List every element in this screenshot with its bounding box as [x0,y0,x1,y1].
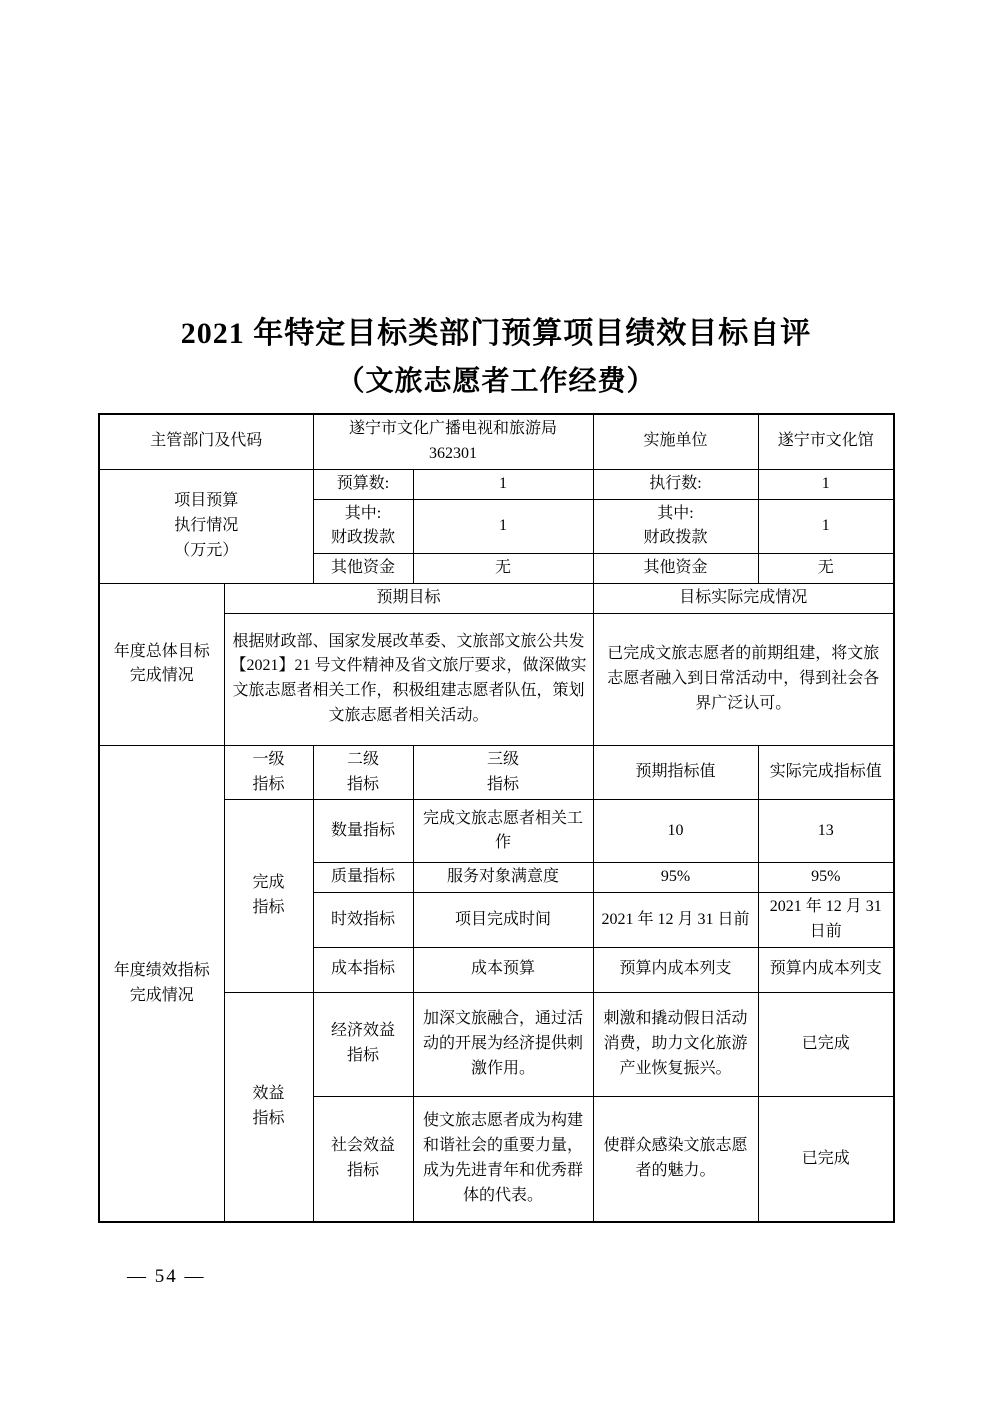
actual-value-header: 实际完成指标值 [758,745,894,800]
row-budget-amount: 项目预算 执行情况 （万元） 预算数: 1 执行数: 1 [99,469,894,499]
annual-goal-section-label: 年度总体目标 完成情况 [99,583,224,745]
timeliness-indicator-label: 时效指标 [313,893,413,948]
quality-indicator-name: 服务对象满意度 [413,863,593,893]
cost-indicator-name: 成本预算 [413,947,593,992]
economic-benefit-indicator-label: 经济效益 指标 [313,992,413,1096]
fiscal-executed-value: 1 [758,499,894,554]
impl-unit-value: 遂宁市文化馆 [758,414,894,469]
economic-benefit-actual-value: 已完成 [758,992,894,1096]
document-subtitle: （文旅志愿者工作经费） [0,362,992,402]
social-benefit-actual-value: 已完成 [758,1096,894,1222]
level3-indicator-header: 三级 指标 [413,745,593,800]
dept-code-value: 遂宁市文化广播电视和旅游局 362301 [313,414,593,469]
expected-goal-text: 根据财政部、国家发展改革委、文旅部文旅公共发【2021】21 号文件精神及省文旅… [224,613,593,745]
cost-expected-value: 预算内成本列支 [593,947,758,992]
quantity-indicator-name: 完成文旅志愿者相关工作 [413,800,593,863]
economic-benefit-indicator-name: 加深文旅融合，通过活动的开展为经济提供刺激作用。 [413,992,593,1096]
budget-executed-value: 1 [758,469,894,499]
fiscal-executed-label: 其中: 财政拨款 [593,499,758,554]
benefit-indicator-group-label: 效益 指标 [224,992,313,1222]
economic-benefit-expected-value: 刺激和撬动假日活动消费，助力文化旅游产业恢复振兴。 [593,992,758,1096]
timeliness-indicator-name: 项目完成时间 [413,893,593,948]
quality-actual-value: 95% [758,863,894,893]
other-funds-planned-label: 其他资金 [313,554,413,584]
social-benefit-indicator-name: 使文旅志愿者成为构建和谐社会的重要力量，成为先进青年和优秀群体的代表。 [413,1096,593,1222]
dept-code-label: 主管部门及代码 [99,414,313,469]
timeliness-actual-value: 2021 年 12 月 31 日前 [758,893,894,948]
social-benefit-indicator-label: 社会效益 指标 [313,1096,413,1222]
timeliness-expected-value: 2021 年 12 月 31 日前 [593,893,758,948]
other-funds-executed-value: 无 [758,554,894,584]
quantity-expected-value: 10 [593,800,758,863]
cost-indicator-label: 成本指标 [313,947,413,992]
social-benefit-expected-value: 使群众感染文旅志愿者的魅力。 [593,1096,758,1222]
performance-section-label: 年度绩效指标 完成情况 [99,745,224,1222]
expected-goal-header: 预期目标 [224,583,593,613]
level1-indicator-header: 一级 指标 [224,745,313,800]
quantity-actual-value: 13 [758,800,894,863]
budget-planned-value: 1 [413,469,593,499]
level2-indicator-header: 二级 指标 [313,745,413,800]
completion-indicator-group-label: 完成 指标 [224,800,313,992]
row-dept: 主管部门及代码 遂宁市文化广播电视和旅游局 362301 实施单位 遂宁市文化馆 [99,414,894,469]
other-funds-executed-label: 其他资金 [593,554,758,584]
performance-self-evaluation-table: 主管部门及代码 遂宁市文化广播电视和旅游局 362301 实施单位 遂宁市文化馆… [98,413,895,1223]
expected-value-header: 预期指标值 [593,745,758,800]
cost-actual-value: 预算内成本列支 [758,947,894,992]
budget-executed-label: 执行数: [593,469,758,499]
row-goal-header: 年度总体目标 完成情况 预期目标 目标实际完成情况 [99,583,894,613]
quantity-indicator-label: 数量指标 [313,800,413,863]
impl-unit-label: 实施单位 [593,414,758,469]
page-number: — 54 — [127,1266,206,1288]
quality-expected-value: 95% [593,863,758,893]
document-title: 2021 年特定目标类部门预算项目绩效目标自评 [0,314,992,354]
row-indicator-header: 年度绩效指标 完成情况 一级 指标 二级 指标 三级 指标 预期指标值 实际完成… [99,745,894,800]
other-funds-planned-value: 无 [413,554,593,584]
document-page: 2021 年特定目标类部门预算项目绩效目标自评 （文旅志愿者工作经费） 主管部门… [0,0,992,1403]
quality-indicator-label: 质量指标 [313,863,413,893]
budget-planned-label: 预算数: [313,469,413,499]
actual-goal-text: 已完成文旅志愿者的前期组建，将文旅志愿者融入到日常活动中，得到社会各界广泛认可。 [593,613,894,745]
fiscal-planned-label: 其中: 财政拨款 [313,499,413,554]
budget-section-label: 项目预算 执行情况 （万元） [99,469,313,583]
actual-goal-header: 目标实际完成情况 [593,583,894,613]
fiscal-planned-value: 1 [413,499,593,554]
